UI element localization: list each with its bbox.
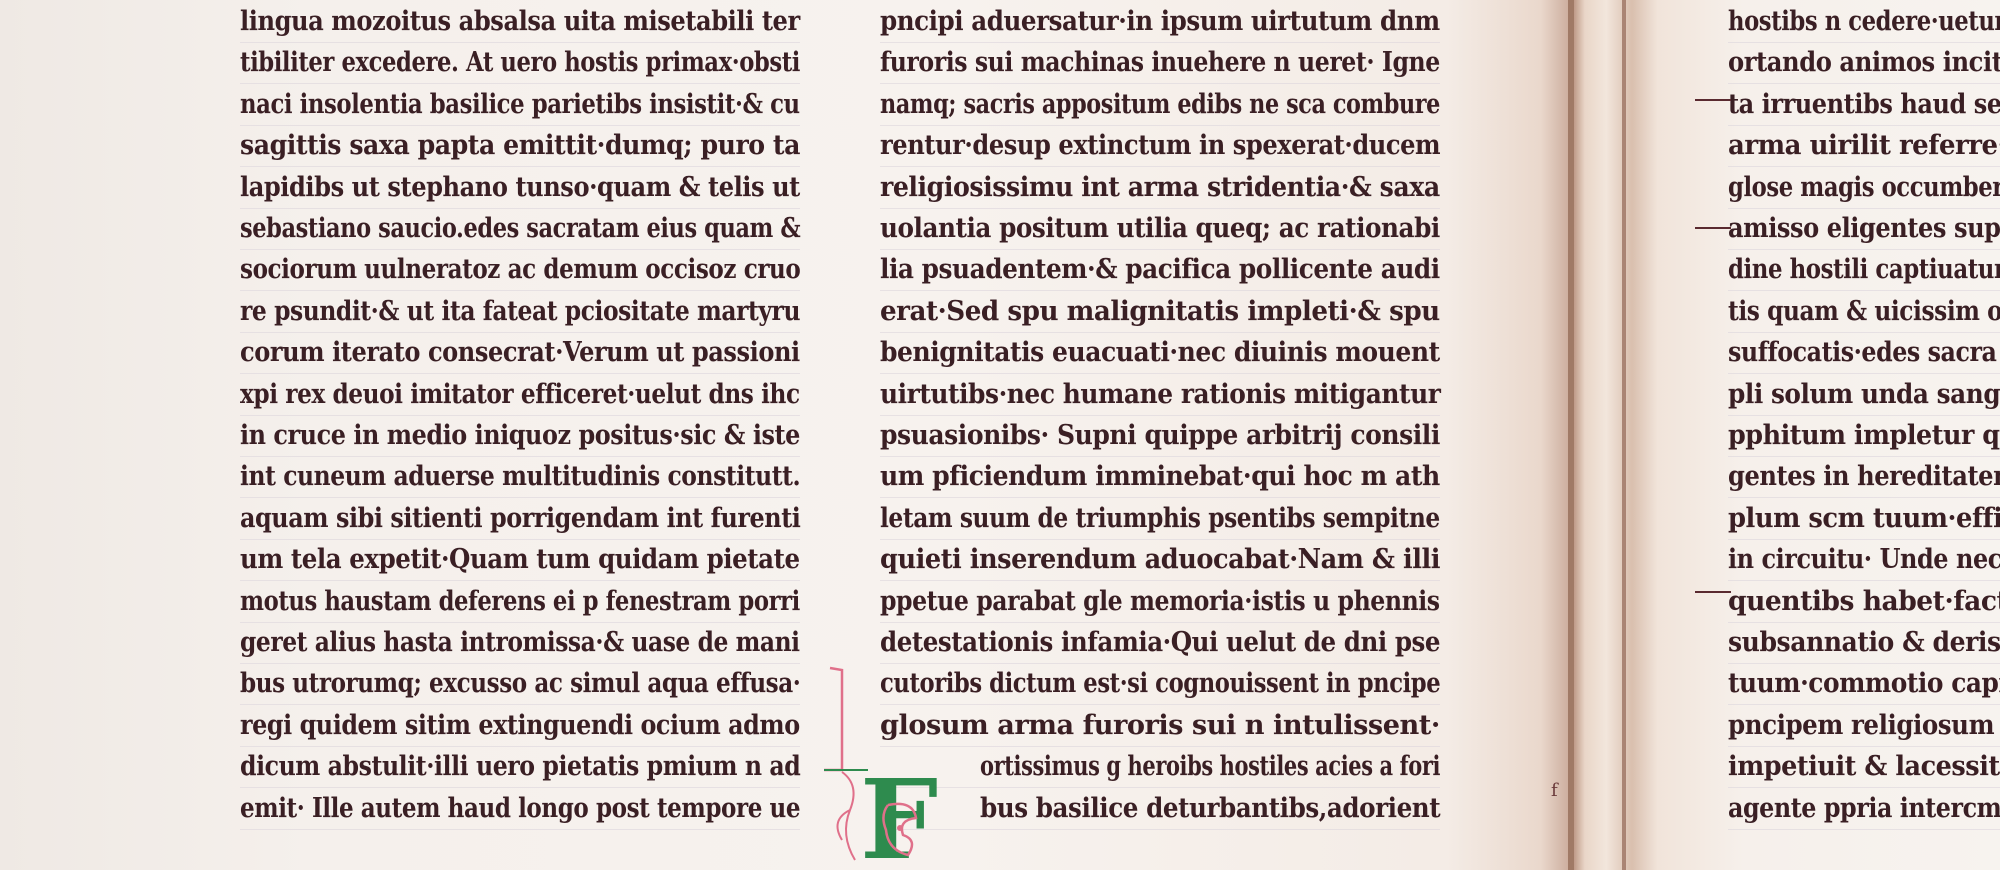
ruling-line bbox=[240, 539, 800, 540]
manuscript-text-line: emit· Ille autem haud longo post tempore… bbox=[240, 793, 800, 824]
ruling-line bbox=[1728, 373, 2000, 374]
ruling-line bbox=[880, 829, 1440, 830]
manuscript-text-line: ortissimus g heroibs hostiles acies a fo… bbox=[980, 751, 1440, 782]
manuscript-text-line: lia psuadentem·& pacifica pollicente aud… bbox=[880, 254, 1440, 285]
ruling-line bbox=[1728, 663, 2000, 664]
manuscript-text-line: erat·Sed spu malignitatis impleti·& spu bbox=[880, 296, 1440, 327]
ruling-line bbox=[240, 373, 800, 374]
ruling-line bbox=[880, 663, 1440, 664]
ruling-line bbox=[1728, 415, 2000, 416]
manuscript-text-line: xpi rex deuoi imitator efficeret·uelut d… bbox=[240, 379, 800, 410]
binding-edge bbox=[1568, 0, 1574, 870]
manuscript-text-line: glose magis occumbere bbox=[1728, 172, 2000, 203]
manuscript-text-line: regi quidem sitim extinguendi ocium admo bbox=[240, 710, 800, 741]
manuscript-text-line: ortando animos incita bbox=[1728, 47, 2000, 78]
manuscript-text-line: religiosissimu int arma stridentia·& sax… bbox=[880, 172, 1440, 203]
ruling-line bbox=[1728, 83, 2000, 84]
ruling-line bbox=[880, 83, 1440, 84]
manuscript-text-line: plum scm tuum·effic bbox=[1728, 503, 2000, 534]
ruling-line bbox=[1728, 580, 2000, 581]
ruling-line bbox=[880, 622, 1440, 623]
manuscript-text-line: dicum abstulit·illi uero pietatis pmium … bbox=[240, 751, 800, 782]
manuscript-text-line: bus utrorumq; excusso ac simul aqua effu… bbox=[240, 668, 800, 699]
ruling-line bbox=[880, 373, 1440, 374]
manuscript-text-line: furoris sui machinas inuehere n ueret· I… bbox=[880, 47, 1440, 78]
ruling-line bbox=[1728, 704, 2000, 705]
manuscript-text-line: pncipem religiosum a bbox=[1728, 710, 2000, 741]
ruling-line bbox=[240, 332, 800, 333]
ruling-line bbox=[240, 497, 800, 498]
manuscript-text-line: uolantia positum utilia queq; ac rationa… bbox=[880, 213, 1440, 244]
manuscript-text-line: arma uirilit referre·t bbox=[1728, 130, 2000, 161]
ruling-line bbox=[880, 539, 1440, 540]
manuscript-text-line: re psundit·& ut ita fateat pciositate ma… bbox=[240, 296, 800, 327]
manuscript-text-line: sagittis saxa papta emittit·dumq; puro t… bbox=[240, 130, 800, 161]
manuscript-text-line: bus basilice deturbantibs,adorient bbox=[980, 793, 1440, 824]
ruling-line bbox=[880, 290, 1440, 291]
manuscript-text-line: in cruce in medio iniquoz positus·sic & … bbox=[240, 420, 800, 451]
paragraph-mark bbox=[1695, 99, 1731, 101]
manuscript-text-line: detestationis infamia·Qui uelut de dni p… bbox=[880, 627, 1440, 658]
manuscript-text-line: benignitatis euacuati·nec diuinis mouent bbox=[880, 337, 1440, 368]
manuscript-text-line: ppetue parabat gle memoria·istis u phenn… bbox=[880, 586, 1440, 617]
manuscript-text-line: um pficiendum imminebat·qui hoc m ath bbox=[880, 461, 1440, 492]
ruling-line bbox=[240, 456, 800, 457]
manuscript-text-line: rentur·desup extinctum in spexerat·ducem bbox=[880, 130, 1440, 161]
manuscript-text-line: aquam sibi sitienti porrigendam int fure… bbox=[240, 503, 800, 534]
manuscript-text-line: agente ppria intercmp bbox=[1728, 793, 2000, 824]
ruling-line bbox=[880, 456, 1440, 457]
ruling-line bbox=[880, 249, 1440, 250]
paragraph-mark bbox=[1695, 591, 1731, 593]
manuscript-text-line: sebastiano saucio.edes sacratam eius qua… bbox=[240, 213, 800, 244]
ruling-line bbox=[1728, 125, 2000, 126]
manuscript-text-line: amisso eligentes supu bbox=[1728, 213, 2000, 244]
ruling-line bbox=[1728, 208, 2000, 209]
manuscript-text-line: tuum·commotio capit bbox=[1728, 668, 2000, 699]
ruling-line bbox=[240, 166, 800, 167]
ruling-line bbox=[240, 663, 800, 664]
manuscript-text-line: suffocatis·edes sacra c bbox=[1728, 337, 2000, 368]
manuscript-text-line: tibiliter excedere. At uero hostis prima… bbox=[240, 47, 800, 78]
paragraph-mark bbox=[1695, 227, 1731, 229]
ruling-line bbox=[1728, 622, 2000, 623]
manuscript-text-line: psuasionibs· Supni quippe arbitrij consi… bbox=[880, 420, 1440, 451]
ruling-line bbox=[1728, 746, 2000, 747]
manuscript-text-line: pphitum impletur qu bbox=[1728, 420, 2000, 451]
ruling-line bbox=[240, 208, 800, 209]
ruling-line bbox=[880, 415, 1440, 416]
manuscript-text-line: impetiuit & lacessitu bbox=[1728, 751, 2000, 782]
ruling-line bbox=[880, 332, 1440, 333]
ruling-line bbox=[880, 746, 1440, 747]
manuscript-text-line: ta irruentibs haud seg bbox=[1728, 89, 2000, 120]
ruling-line bbox=[240, 746, 800, 747]
manuscript-text-line: dine hostili captiuatum bbox=[1728, 254, 2000, 285]
manuscript-text-line: lingua mozoitus absalsa uita misetabili … bbox=[240, 6, 800, 37]
illuminated-initial: F bbox=[860, 770, 948, 870]
ruling-line bbox=[880, 787, 1440, 788]
ruling-line bbox=[240, 290, 800, 291]
ruling-line bbox=[880, 704, 1440, 705]
initial-penwork-icon bbox=[878, 800, 928, 860]
ruling-line bbox=[1728, 787, 2000, 788]
manuscript-text-line: glosum arma furoris sui n intulissent· bbox=[880, 710, 1440, 741]
ruling-line bbox=[240, 829, 800, 830]
binding-fold bbox=[1622, 0, 1626, 870]
ruling-line bbox=[880, 42, 1440, 43]
manuscript-text-line: um tela expetit·Quam tum quidam pietate bbox=[240, 544, 800, 575]
ruling-line bbox=[880, 497, 1440, 498]
manuscript-text-line: sociorum uulneratoz ac demum occisoz cru… bbox=[240, 254, 800, 285]
ruling-line bbox=[240, 787, 800, 788]
ruling-line bbox=[1728, 166, 2000, 167]
manuscript-text-line: tis quam & uicissim op bbox=[1728, 296, 2000, 327]
manuscript-text-line: subsannatio & derisu bbox=[1728, 627, 2000, 658]
ruling-line bbox=[240, 580, 800, 581]
manuscript-text-line: quentibs habet·facti bbox=[1728, 586, 2000, 617]
ruling-line bbox=[240, 622, 800, 623]
ruling-line bbox=[880, 208, 1440, 209]
ruling-line bbox=[880, 580, 1440, 581]
manuscript-text-line: lapidibs ut stephano tunso·quam & telis … bbox=[240, 172, 800, 203]
manuscript-text-line: namq; sacris appositum edibs ne sca comb… bbox=[880, 89, 1440, 120]
ruling-line bbox=[240, 125, 800, 126]
ruling-line bbox=[240, 249, 800, 250]
ruling-line bbox=[1728, 456, 2000, 457]
manuscript-text-line: pncipi aduersatur·in ipsum uirtutum dnm bbox=[880, 6, 1440, 37]
margin-mark: f bbox=[1551, 780, 1558, 801]
manuscript-text-line: corum iterato consecrat·Verum ut passion… bbox=[240, 337, 800, 368]
ruling-line bbox=[1728, 290, 2000, 291]
manuscript-text-line: hostibs n cedere·uetum bbox=[1728, 6, 2000, 37]
manuscript-text-line: cutoribs dictum est·si cognouissent in p… bbox=[880, 668, 1440, 699]
ruling-line bbox=[240, 42, 800, 43]
ruling-line bbox=[880, 166, 1440, 167]
manuscript-text-line: int cuneum aduerse multitudinis constitu… bbox=[240, 461, 800, 492]
ruling-line bbox=[1728, 332, 2000, 333]
manuscript-text-line: motus haustam deferens ei p fenestram po… bbox=[240, 586, 800, 617]
manuscript-text-line: quieti inserendum aduocabat·Nam & illi bbox=[880, 544, 1440, 575]
manuscript-text-line: naci insolentia basilice parietibs insis… bbox=[240, 89, 800, 120]
ruling-line bbox=[1728, 539, 2000, 540]
manuscript-text-line: letam suum de triumphis psentibs sempitn… bbox=[880, 503, 1440, 534]
ruling-line bbox=[1728, 42, 2000, 43]
manuscript-text-line: geret alius hasta intromissa·& uase de m… bbox=[240, 627, 800, 658]
manuscript-text-line: gentes in hereditatem bbox=[1728, 461, 2000, 492]
ruling-line bbox=[240, 83, 800, 84]
ruling-line bbox=[240, 704, 800, 705]
manuscript-text-line: uirtutibs·nec humane rationis mitigantur bbox=[880, 379, 1440, 410]
manuscript-text-line: in circuitu· Unde nec i bbox=[1728, 544, 2000, 575]
ruling-line bbox=[880, 125, 1440, 126]
ruling-line bbox=[1728, 249, 2000, 250]
ruling-line bbox=[1728, 497, 2000, 498]
ruling-line bbox=[240, 415, 800, 416]
manuscript-text-line: pli solum unda sangu bbox=[1728, 379, 2000, 410]
ruling-line bbox=[1728, 829, 2000, 830]
